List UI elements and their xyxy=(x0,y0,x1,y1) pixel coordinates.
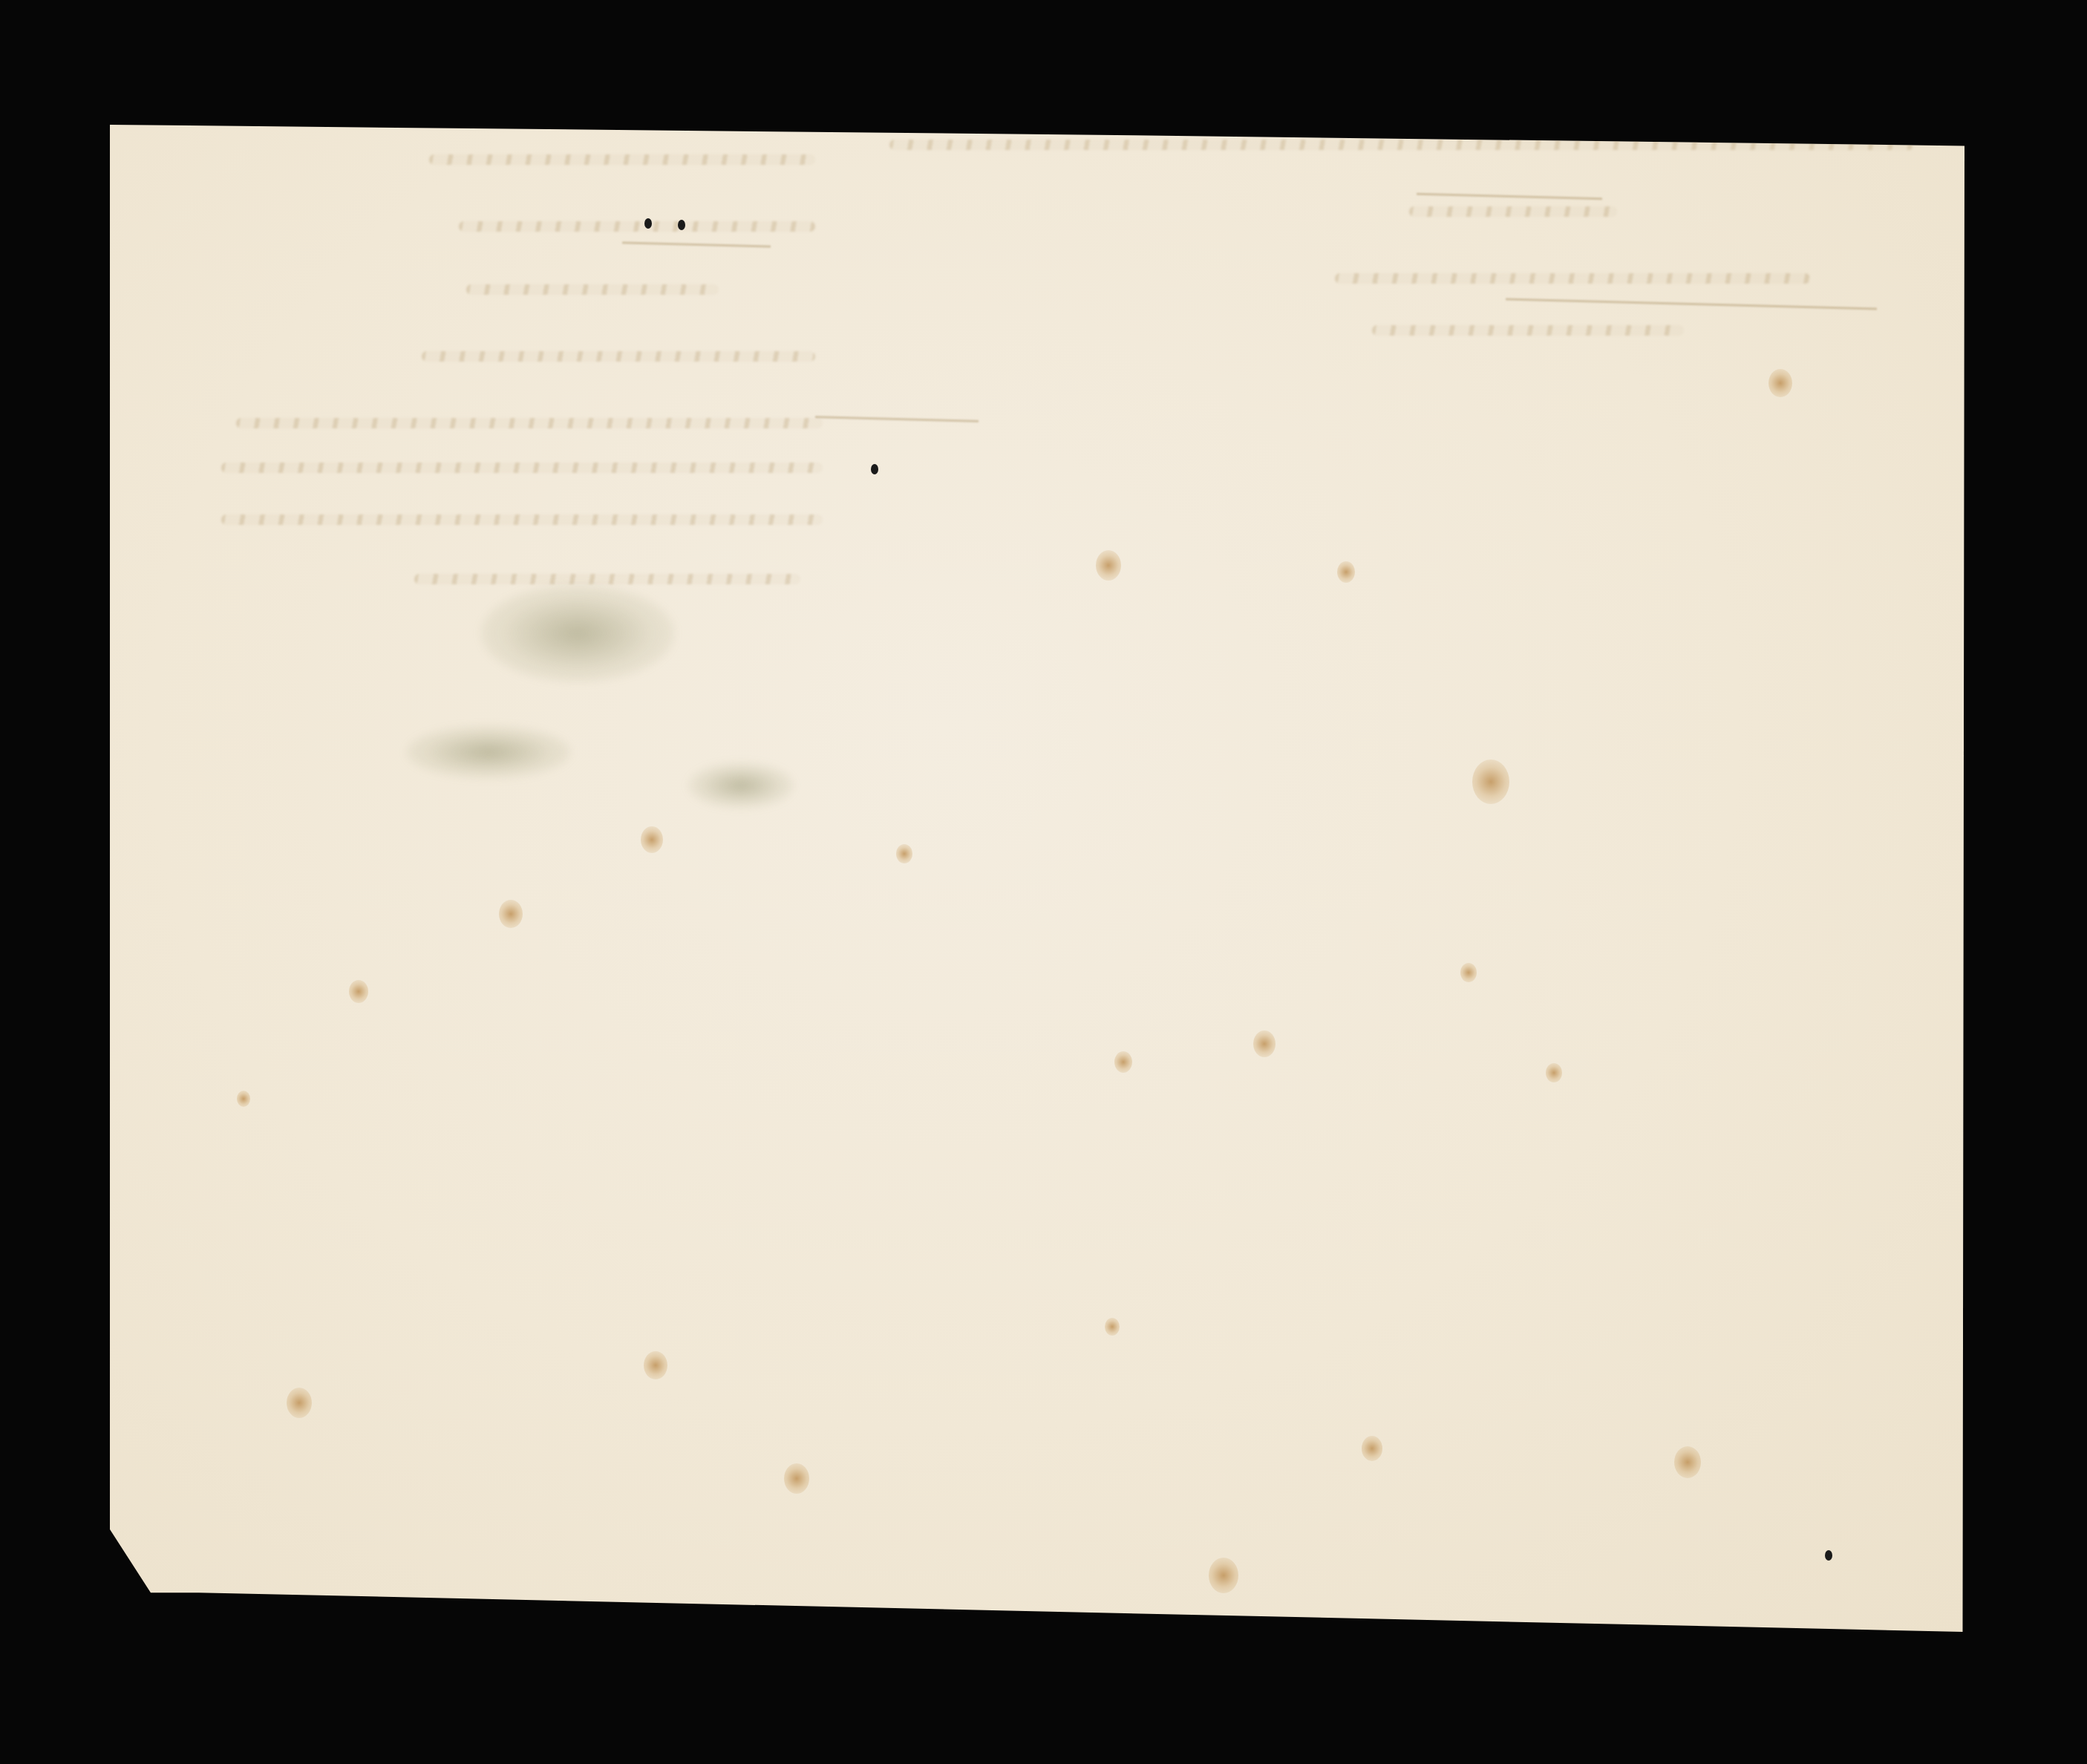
foxing-stain xyxy=(1209,1558,1238,1593)
paper-sheet xyxy=(110,125,1964,1632)
foxing-stain xyxy=(784,1463,809,1494)
smudge-mark xyxy=(689,763,793,808)
bleed-through-handwriting xyxy=(1335,273,1810,284)
bleed-through-handwriting xyxy=(221,463,823,473)
bleed-through-handwriting xyxy=(1372,325,1684,336)
paper-hole xyxy=(678,220,685,230)
foxing-stain xyxy=(1337,561,1355,583)
foxing-stain xyxy=(1096,550,1121,581)
smudge-mark xyxy=(481,585,674,682)
foxing-stain xyxy=(1105,1318,1120,1336)
foxing-stain xyxy=(1546,1063,1562,1082)
smudge-mark xyxy=(407,726,570,778)
bleed-through-handwriting xyxy=(414,574,800,584)
foxing-stain xyxy=(1768,369,1792,397)
bleed-through-handwriting xyxy=(459,221,815,232)
bleed-through-handwriting xyxy=(236,418,823,428)
foxing-stain xyxy=(349,980,368,1003)
foxing-stain xyxy=(1253,1030,1276,1057)
foxing-stain xyxy=(237,1091,250,1107)
foxing-stain xyxy=(287,1388,312,1418)
paper-hole xyxy=(871,464,878,474)
foxing-stain xyxy=(641,826,663,853)
bleed-through-handwriting xyxy=(1409,206,1617,217)
bleed-through-underline xyxy=(1417,193,1602,200)
bleed-through-underline xyxy=(622,241,771,247)
foxing-stain xyxy=(1460,963,1477,982)
paper-hole xyxy=(1825,1550,1832,1561)
bleed-through-handwriting xyxy=(429,154,815,165)
foxing-stain xyxy=(1674,1446,1701,1478)
foxing-stain xyxy=(499,900,523,928)
bleed-through-underline xyxy=(1506,298,1877,310)
bleed-through-underline xyxy=(815,416,979,422)
bleed-through-handwriting xyxy=(422,351,815,362)
bleed-through-handwriting xyxy=(221,514,823,525)
bleed-through-handwriting xyxy=(466,284,719,295)
foxing-stain xyxy=(896,844,912,863)
foxing-stain xyxy=(1362,1436,1382,1461)
foxing-stain xyxy=(1472,759,1509,804)
foxing-stain xyxy=(644,1351,667,1379)
paper-hole xyxy=(644,218,652,229)
foxing-stain xyxy=(1114,1051,1132,1073)
